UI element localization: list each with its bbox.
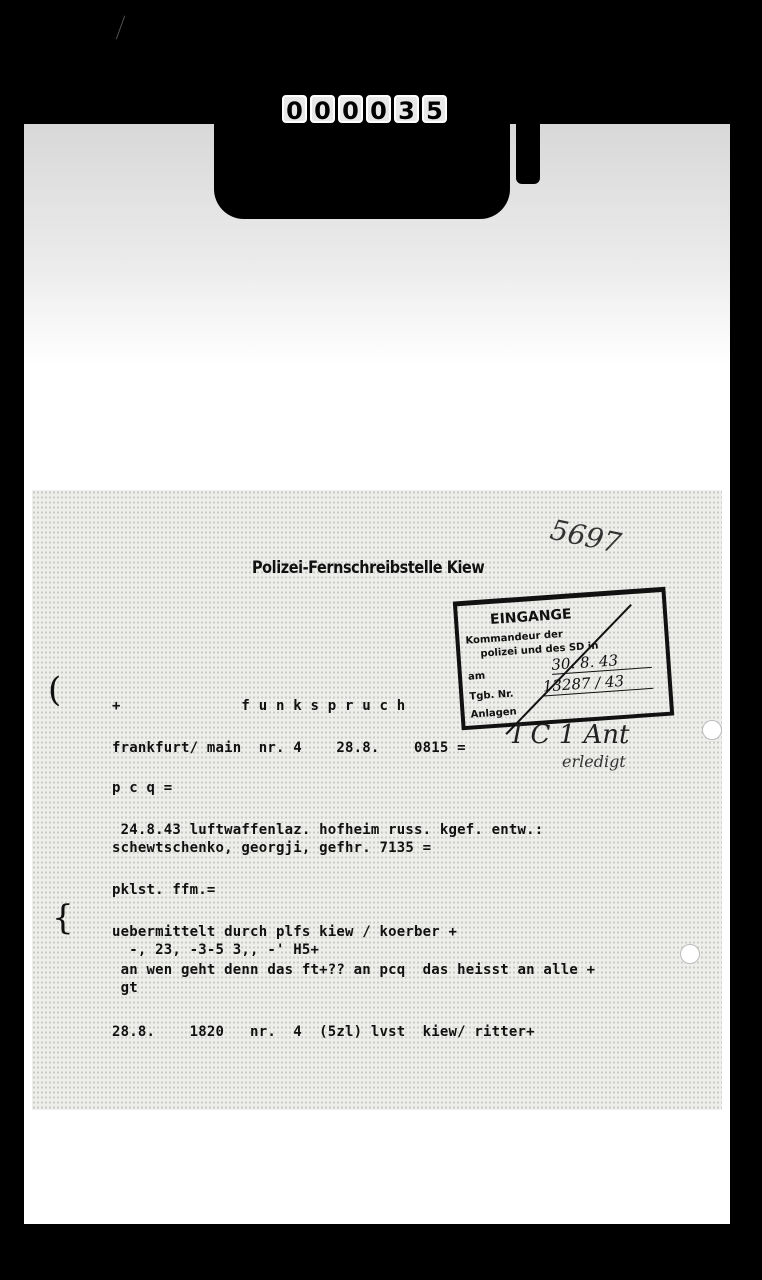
telegram-line: 28.8. 1820 nr. 4 (5zl) lvst kiew/ ritter… — [112, 1024, 535, 1040]
telegram-line: 24.8.43 luftwaffenlaz. hofheim russ. kge… — [112, 822, 543, 838]
telegram-line: frankfurt/ main nr. 4 28.8. 0815 = — [112, 740, 466, 756]
counter-digit: 5 — [422, 95, 447, 123]
telegram-line: gt — [112, 980, 138, 996]
clip-tab — [516, 124, 540, 184]
frame-counter: 0 0 0 0 3 5 — [282, 95, 447, 123]
telegram-memo: Polizei-Fernschreibstelle Kiew 5697 EING… — [32, 490, 722, 1110]
counter-digit: 0 — [282, 95, 307, 123]
film-scratch — [116, 16, 125, 40]
telegram-line: uebermittelt durch plfs kiew / koerber + — [112, 924, 457, 940]
counter-digit: 3 — [394, 95, 419, 123]
stamp-date-label: am — [468, 671, 486, 683]
bracket-mark: ( — [48, 670, 61, 710]
stamp-attachments-label: Anlagen — [470, 706, 517, 720]
telegram-line: -, 23, -3-5 3,, -' H5+ — [112, 942, 319, 958]
telegram-line: + f u n k s p r u c h — [112, 698, 405, 714]
telegram-line: schewtschenko, georgji, gefhr. 7135 = — [112, 840, 431, 856]
document-clip — [214, 124, 510, 219]
document-sheet: Polizei-Fernschreibstelle Kiew 5697 EING… — [24, 124, 730, 1224]
punch-hole — [702, 720, 722, 740]
handwritten-note: erledigt — [562, 752, 626, 771]
counter-digit: 0 — [310, 95, 335, 123]
handwritten-signature: I C 1 Ant — [512, 720, 629, 750]
handwritten-number: 5697 — [547, 513, 624, 560]
bracket-mark: { — [52, 898, 74, 938]
receipt-stamp: EINGANGE Kommandeur der polizei und des … — [453, 587, 674, 731]
header-stamp: Polizei-Fernschreibstelle Kiew — [252, 558, 484, 578]
stamp-title: EINGANGE — [490, 606, 573, 628]
counter-digit: 0 — [366, 95, 391, 123]
telegram-line: pklst. ffm.= — [112, 882, 216, 898]
counter-digit: 0 — [338, 95, 363, 123]
telegram-line: an wen geht denn das ft+?? an pcq das he… — [112, 962, 595, 978]
telegram-line: p c q = — [112, 780, 172, 796]
punch-hole — [680, 944, 700, 964]
stamp-journal-label: Tgb. Nr. — [469, 689, 514, 703]
